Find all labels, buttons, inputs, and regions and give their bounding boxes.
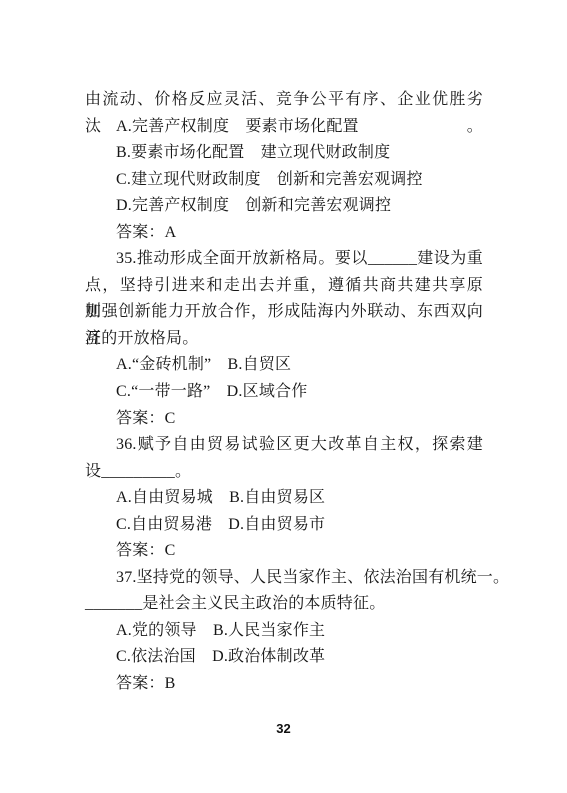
- q35-options-cd: C.“一带一路” D.区域合作: [85, 379, 483, 406]
- q37-options-cd: C.依法治国 D.政治体制改革: [85, 644, 483, 671]
- q37-options-ab: A.党的领导 B.人民当家作主: [85, 618, 483, 645]
- q36-options-cd: C.自由贸易港 D.自由贸易市: [85, 512, 483, 539]
- q37-answer: 答案：B: [85, 671, 483, 698]
- q35-answer: 答案：C: [85, 406, 483, 433]
- q35-stem-line4: 济的开放格局。: [85, 326, 483, 353]
- q34-answer: 答案：A: [85, 220, 483, 247]
- q34-option-c: C.建立现代财政制度 创新和完善宏观调控: [85, 167, 483, 194]
- q34-option-b: B.要素市场化配置 建立现代财政制度: [85, 140, 483, 167]
- exam-text-block: 由流动、价格反应灵活、竞争公平有序、企业优胜劣汰。 A.完善产权制度 要素市场化…: [85, 87, 483, 698]
- page-number: 32: [0, 721, 567, 736]
- q34-option-d: D.完善产权制度 创新和完善宏观调控: [85, 193, 483, 220]
- q36-stem-line2: 设_________。: [85, 459, 483, 486]
- q36-stem-line1: 36.赋予自由贸易试验区更大改革自主权，探索建: [85, 432, 483, 459]
- q35-options-ab: A.“金砖机制” B.自贸区: [85, 352, 483, 379]
- document-page: 由流动、价格反应灵活、竞争公平有序、企业优胜劣汰。 A.完善产权制度 要素市场化…: [0, 0, 567, 793]
- q37-stem-line2: _______是社会主义民主政治的本质特征。: [85, 591, 483, 618]
- q35-stem-line2: 点，坚持引进来和走出去并重，遵循共商共建共享原则，: [85, 273, 483, 300]
- q37-stem-line1: 37.坚持党的领导、人民当家作主、依法治国有机统一。: [85, 565, 483, 592]
- q36-options-ab: A.自由贸易城 B.自由贸易区: [85, 485, 483, 512]
- q34-stem-continuation: 由流动、价格反应灵活、竞争公平有序、企业优胜劣汰。: [85, 87, 483, 114]
- q35-stem-line1: 35.推动形成全面开放新格局。要以______建设为重: [85, 246, 483, 273]
- q36-answer: 答案：C: [85, 538, 483, 565]
- q35-stem-line3: 加强创新能力开放合作，形成陆海内外联动、东西双向互: [85, 299, 483, 326]
